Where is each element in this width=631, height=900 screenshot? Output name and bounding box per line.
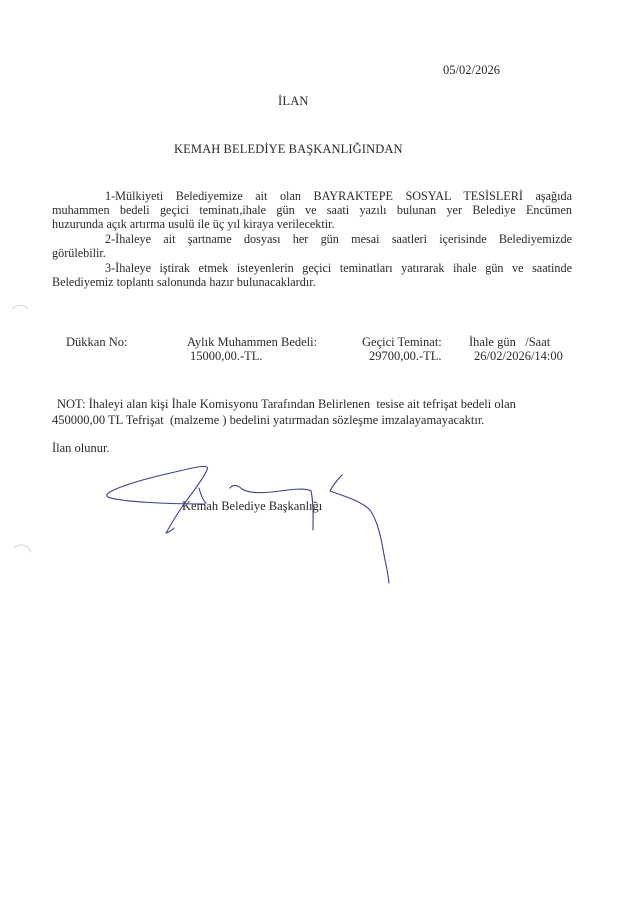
- paragraph-2: 2-İhaleye ait şartname dosyası her gün m…: [52, 232, 572, 260]
- tender-datetime-label: İhale gün /Saat: [469, 335, 550, 349]
- document-issuer: KEMAH BELEDİYE BAŞKANLIĞINDAN: [174, 142, 403, 157]
- temporary-guarantee-value: 29700,00.-TL.: [369, 349, 442, 363]
- document-title: İLAN: [278, 94, 309, 109]
- paragraph-3: 3-İhaleye iştirak etmek isteyenlerin geç…: [52, 261, 572, 289]
- paragraph-1: 1-Mülkiyeti Belediyemize ait olan BAYRAK…: [52, 189, 572, 231]
- document-date: 05/02/2026: [443, 63, 500, 78]
- signature-label: Kemah Belediye Başkanlığı: [182, 499, 322, 514]
- monthly-estimated-price-value: 15000,00.-TL.: [190, 349, 263, 363]
- dukkan-no-label: Dükkan No:: [66, 335, 127, 349]
- paragraph-2-line-1: 2-İhaleye ait şartname dosyası her gün m…: [52, 232, 572, 246]
- note-line-1: NOT: İhaleyi alan kişi İhale Komisyonu T…: [57, 396, 516, 412]
- paragraph-1-line-2: muhammen bedeli geçici teminatı,ihale gü…: [52, 203, 572, 217]
- paragraph-2-line-2: görülebilir.: [52, 246, 572, 260]
- paragraph-3-line-1: 3-İhaleye iştirak etmek isteyenlerin geç…: [52, 261, 572, 275]
- closing-text: İlan olunur.: [52, 441, 110, 456]
- monthly-estimated-price-label: Aylık Muhammen Bedeli:: [187, 335, 317, 349]
- note-line-2: 450000,00 TL Tefrişat (malzeme ) bedelin…: [52, 412, 484, 428]
- tender-datetime-value: 26/02/2026/14:00: [474, 349, 563, 363]
- paragraph-1-line-3: huzurunda açık artırma usulü ile üç yıl …: [52, 217, 572, 231]
- paragraph-3-line-2: Belediyemiz toplantı salonunda hazır bul…: [52, 275, 572, 289]
- paragraph-1-line-1: 1-Mülkiyeti Belediyemize ait olan BAYRAK…: [52, 189, 572, 203]
- temporary-guarantee-label: Geçici Teminat:: [362, 335, 442, 349]
